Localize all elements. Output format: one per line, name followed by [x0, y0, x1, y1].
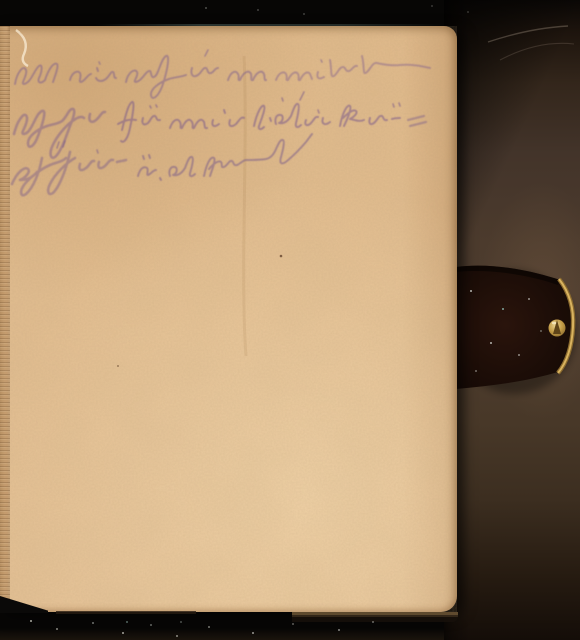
hyphen-mark: [408, 116, 426, 126]
handwriting: [0, 26, 457, 612]
handwriting-line-3: [12, 134, 312, 195]
notebook-page: [0, 26, 457, 612]
handwriting-line-2: [14, 92, 426, 158]
scan-bottom-tint: [0, 628, 444, 640]
dust-specks-bottom: [30, 620, 32, 622]
clasp-stud-glint: [552, 322, 556, 325]
clasp-strap: [440, 250, 580, 400]
handwriting-line-1: [15, 50, 430, 98]
scan-root: [0, 0, 580, 640]
dust-specks-strap: [470, 290, 472, 292]
page-under-edge: [292, 612, 458, 622]
dust-specks-top: [205, 7, 207, 9]
page-under-edge-left: [56, 611, 196, 614]
